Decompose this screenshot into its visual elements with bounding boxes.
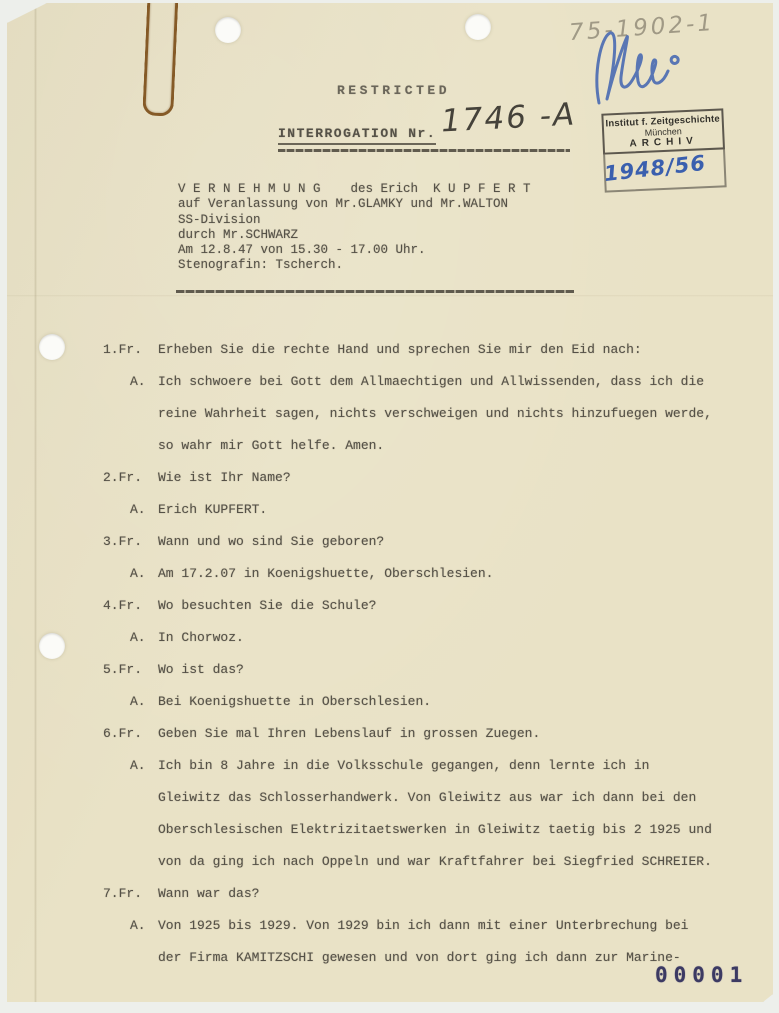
line-text: Wo besuchten Sie die Schule? — [158, 598, 376, 613]
answer-label: A. — [130, 694, 146, 709]
answer-label: A. — [130, 918, 146, 933]
qa-body: 1.Fr.Erheben Sie die rechte Hand und spr… — [103, 342, 755, 982]
line-text: Erich KUPFERT. — [158, 502, 267, 517]
line-text: Oberschlesischen Elektrizitaetswerken in… — [158, 822, 712, 837]
punch-hole — [465, 14, 491, 40]
answer-row: A.Erich KUPFERT. — [103, 502, 755, 534]
signature-scribble-icon — [585, 25, 705, 113]
title-underline — [278, 149, 570, 152]
archive-stamp-lower-box: 1948/56 — [603, 149, 727, 192]
line-text: Erheben Sie die rechte Hand und sprechen… — [158, 342, 642, 357]
classification-stamp: RESTRICTED — [337, 83, 450, 98]
header-line: V E R N E H M U N G des Erich K U P F E … — [178, 182, 531, 197]
continuation-row: reine Wahrheit sagen, nichts verschweige… — [103, 406, 755, 438]
paper-crease — [34, 3, 37, 1002]
divider-rule — [176, 290, 574, 293]
answer-label: A. — [130, 758, 146, 773]
line-text: so wahr mir Gott helfe. Amen. — [158, 438, 384, 453]
line-text: Geben Sie mal Ihren Lebenslauf in grosse… — [158, 726, 540, 741]
question-row: 5.Fr.Wo ist das? — [103, 662, 755, 694]
title-row: INTERROGATION Nr. 1746 -A — [278, 124, 436, 142]
question-label: 2.Fr. — [103, 470, 142, 485]
question-label: 1.Fr. — [103, 342, 142, 357]
question-label: 5.Fr. — [103, 662, 142, 677]
line-text: In Chorwoz. — [158, 630, 244, 645]
continuation-row: so wahr mir Gott helfe. Amen. — [103, 438, 755, 470]
header-line: Stenografin: Tscherch. — [178, 258, 531, 273]
archive-stamp: Institut f. Zeitgeschichte München ARCHI… — [601, 108, 726, 192]
continuation-row: von da ging ich nach Oppeln und war Kraf… — [103, 854, 755, 886]
header-line: auf Veranlassung von Mr.GLAMKY und Mr.WA… — [178, 197, 531, 212]
question-row: 3.Fr.Wann und wo sind Sie geboren? — [103, 534, 755, 566]
question-row: 1.Fr.Erheben Sie die rechte Hand und spr… — [103, 342, 755, 374]
line-text: Am 17.2.07 in Koenigshuette, Oberschlesi… — [158, 566, 493, 581]
line-text: von da ging ich nach Oppeln und war Kraf… — [158, 854, 712, 869]
interrogation-header: V E R N E H M U N G des Erich K U P F E … — [178, 182, 531, 274]
line-text: Ich schwoere bei Gott dem Allmaechtigen … — [158, 374, 704, 389]
answer-row: A.Von 1925 bis 1929. Von 1929 bin ich da… — [103, 918, 755, 950]
document-page: 75-1902-1 RESTRICTED INTERROGATION Nr. 1… — [7, 3, 773, 1002]
answer-row: A.Ich bin 8 Jahre in die Volksschule geg… — [103, 758, 755, 790]
line-text: Ich bin 8 Jahre in die Volksschule gegan… — [158, 758, 649, 773]
answer-row: A.In Chorwoz. — [103, 630, 755, 662]
answer-label: A. — [130, 630, 146, 645]
question-label: 7.Fr. — [103, 886, 142, 901]
answer-label: A. — [130, 374, 146, 389]
interrogation-title: INTERROGATION Nr. — [278, 126, 436, 145]
question-row: 6.Fr.Geben Sie mal Ihren Lebenslauf in g… — [103, 726, 755, 758]
handwritten-archive-number: 1948/56 — [603, 151, 707, 186]
answer-label: A. — [130, 566, 146, 581]
handwritten-case-number: 1746 -A — [440, 96, 577, 139]
question-label: 3.Fr. — [103, 534, 142, 549]
answer-row: A.Bei Koenigshuette in Oberschlesien. — [103, 694, 755, 726]
paper-clip-icon — [142, 0, 179, 117]
question-row: 2.Fr.Wie ist Ihr Name? — [103, 470, 755, 502]
line-text: Wann war das? — [158, 886, 259, 901]
question-row: 4.Fr.Wo besuchten Sie die Schule? — [103, 598, 755, 630]
answer-row: A.Ich schwoere bei Gott dem Allmaechtige… — [103, 374, 755, 406]
archive-stamp-box: Institut f. Zeitgeschichte München ARCHI… — [601, 108, 725, 154]
line-text: Gleiwitz das Schlosserhandwerk. Von Glei… — [158, 790, 696, 805]
continuation-row: Oberschlesischen Elektrizitaetswerken in… — [103, 822, 755, 854]
header-line: SS-Division — [178, 213, 531, 228]
line-text: Wo ist das? — [158, 662, 244, 677]
line-text: Wann und wo sind Sie geboren? — [158, 534, 384, 549]
page-number-stamp: 00001 — [655, 963, 748, 987]
header-line: durch Mr.SCHWARZ — [178, 228, 531, 243]
answer-label: A. — [130, 502, 146, 517]
line-text: der Firma KAMITZSCHI gewesen und von dor… — [158, 950, 681, 965]
punch-hole — [215, 17, 241, 43]
continuation-row: Gleiwitz das Schlosserhandwerk. Von Glei… — [103, 790, 755, 822]
punch-hole — [39, 334, 65, 360]
answer-row: A.Am 17.2.07 in Koenigshuette, Oberschle… — [103, 566, 755, 598]
header-line: Am 12.8.47 von 15.30 - 17.00 Uhr. — [178, 243, 531, 258]
question-label: 4.Fr. — [103, 598, 142, 613]
question-label: 6.Fr. — [103, 726, 142, 741]
line-text: Von 1925 bis 1929. Von 1929 bin ich dann… — [158, 918, 689, 933]
punch-hole — [39, 633, 65, 659]
line-text: reine Wahrheit sagen, nichts verschweige… — [158, 406, 712, 421]
question-row: 7.Fr.Wann war das? — [103, 886, 755, 918]
paper-crease — [7, 295, 773, 297]
line-text: Bei Koenigshuette in Oberschlesien. — [158, 694, 431, 709]
scan-background: { "page": { "classification": "RESTRICTE… — [0, 0, 779, 1013]
line-text: Wie ist Ihr Name? — [158, 470, 291, 485]
